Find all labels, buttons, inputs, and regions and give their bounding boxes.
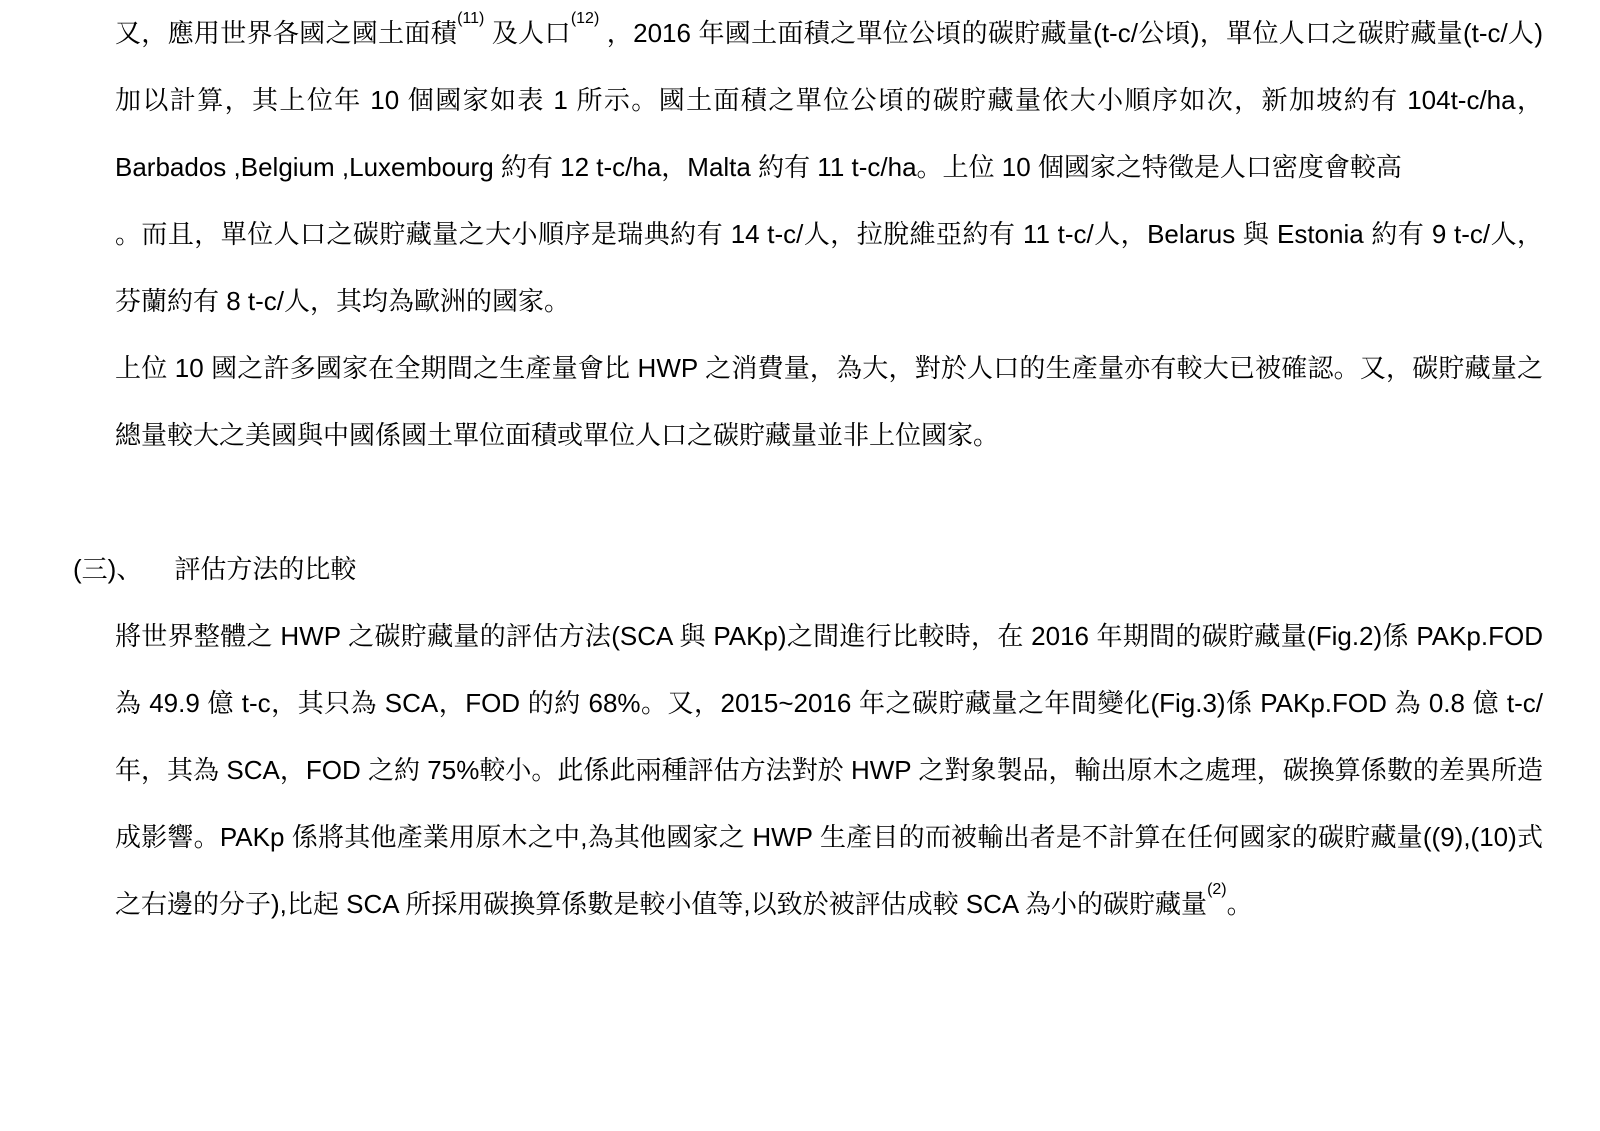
document-page: { "page": { "background": "#ffffff", "te… — [0, 0, 1600, 1131]
text-run: 將世界整體之 HWP 之碳貯藏量的評估方法(SCA 與 PAKp)之間進行比較時… — [115, 621, 1543, 919]
text-run: 又，應用世界各國之國土面積 — [115, 18, 457, 48]
paragraph-method-comparison: 將世界整體之 HWP 之碳貯藏量的評估方法(SCA 與 PAKp)之間進行比較時… — [115, 603, 1543, 938]
paragraph-land-area: 又，應用世界各國之國土面積(11) 及人口(12) ，2016 年國土面積之單位… — [115, 0, 1543, 201]
footnote-ref-2: (2) — [1207, 881, 1227, 898]
text-run: 及人口 — [484, 18, 570, 48]
page: 又，應用世界各國之國土面積(11) 及人口(12) ，2016 年國土面積之單位… — [0, 0, 1600, 1131]
section-heading-title: 評估方法的比較 — [174, 554, 356, 584]
section-heading: (三)、評估方法的比較 — [73, 536, 1543, 603]
footnote-ref-11: (11) — [457, 10, 484, 27]
section-heading-number: (三)、 — [73, 554, 142, 584]
footnote-ref-12: (12) — [571, 10, 599, 27]
paragraph-top10-countries: 上位 10 國之許多國家在全期間之生產量會比 HWP 之消費量，為大，對於人口的… — [115, 335, 1543, 469]
paragraph-per-capita: 。而且，單位人口之碳貯藏量之大小順序是瑞典約有 14 t-c/人，拉脫維亞約有 … — [115, 201, 1543, 335]
text-run: 。 — [1227, 889, 1253, 919]
